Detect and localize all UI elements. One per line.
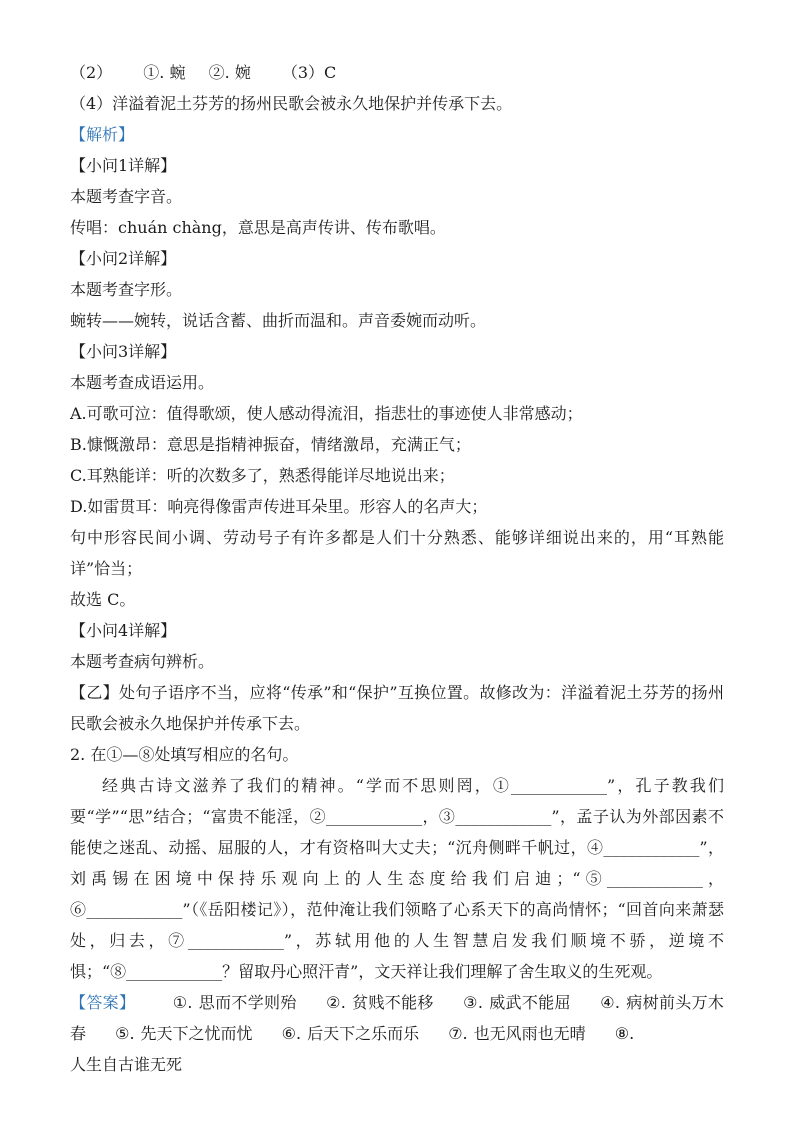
question-2-heading: 2. 在①—⑧处填写相应的名句。 (70, 739, 724, 770)
subquestion-2-topic: 本题考查字形。 (70, 274, 724, 305)
question-2-number: 2. (70, 745, 85, 764)
q1-part2-blank2-answer: ②. 婉 (209, 63, 251, 82)
subquestion-2-title: 【小问2详解】 (70, 243, 724, 274)
question-2-answer-line: 【答案】 ①.思而不学则殆 ②.贫贱不能移 ③.威武不能屈 ④.病树前头万木春 … (70, 987, 724, 1080)
subquestion-1-title: 【小问1详解】 (70, 150, 724, 181)
question-2-prompt: 在①—⑧处填写相应的名句。 (90, 745, 298, 764)
question-2-body: 经典古诗文滋养了我们的精神。“学而不思则罔，①____________”，孔子教… (70, 770, 724, 987)
q1-part2-label: （2） (70, 63, 112, 82)
answer-item-8-text: 人生自古谁无死 (70, 1055, 182, 1074)
answer-item-6: ⑥.后天下之乐而乐 (282, 1024, 419, 1043)
answer-item-5: ⑤.先天下之忧而忧 (115, 1024, 252, 1043)
idiom-usage-explanation: 句中形容民间小调、劳动号子有许多都是人们十分熟悉、能够详细说出来的，用“耳熟能详… (70, 522, 724, 584)
document-page: （2） ①. 蜿 ②. 婉 （3）C （4）洋溢着泥土芬芳的扬州民歌会被永久地保… (0, 0, 793, 1122)
analysis-label: 【解析】 (70, 119, 724, 150)
answer-label: 【答案】 (70, 993, 135, 1012)
subquestion-4-title: 【小问4详解】 (70, 615, 724, 646)
subquestion-3-topic: 本题考查成语运用。 (70, 367, 724, 398)
option-a-explanation: A.可歌可泣：值得歌颂，使人感动得流泪，指悲壮的事迹使人非常感动； (70, 398, 724, 429)
q1-answers-line: （2） ①. 蜿 ②. 婉 （3）C (70, 57, 724, 88)
subquestion-1-explanation: 传唱：chuán chàng，意思是高声传讲、传布歌唱。 (70, 212, 724, 243)
subquestion-1-topic: 本题考查字音。 (70, 181, 724, 212)
option-c-explanation: C.耳熟能详：听的次数多了，熟悉得能详尽地说出来； (70, 460, 724, 491)
option-d-explanation: D.如雷贯耳：响亮得像雷声传进耳朵里。形容人的名声大； (70, 491, 724, 522)
q1-part4-answer: （4）洋溢着泥土芬芳的扬州民歌会被永久地保护并传承下去。 (70, 88, 724, 119)
answer-item-7: ⑦.也无风雨也无晴 (448, 1024, 585, 1043)
option-b-explanation: B.慷慨激昂：意思是指精神振奋，情绪激昂，充满正气； (70, 429, 724, 460)
subquestion-4-explanation: 【乙】处句子语序不当，应将“传承”和“保护”互换位置。故修改为：洋溢着泥土芬芳的… (70, 677, 724, 739)
subquestion-2-explanation: 蜿转——婉转，说话含蓄、曲折而温和。声音委婉而动听。 (70, 305, 724, 336)
subquestion-4-topic: 本题考查病句辨析。 (70, 646, 724, 677)
answer-item-3: ③.威武不能屈 (463, 993, 571, 1012)
answer-item-8-number: ⑧. (615, 1024, 640, 1043)
subquestion-3-title: 【小问3详解】 (70, 336, 724, 367)
answer-item-1: ①.思而不学则殆 (173, 993, 297, 1012)
subquestion-3-conclusion: 故选 C。 (70, 584, 724, 615)
q1-part3-answer: （3）C (282, 63, 336, 82)
answer-item-2: ②.贫贱不能移 (326, 993, 434, 1012)
q1-part2-blank1-answer: ①. 蜿 (143, 63, 185, 82)
